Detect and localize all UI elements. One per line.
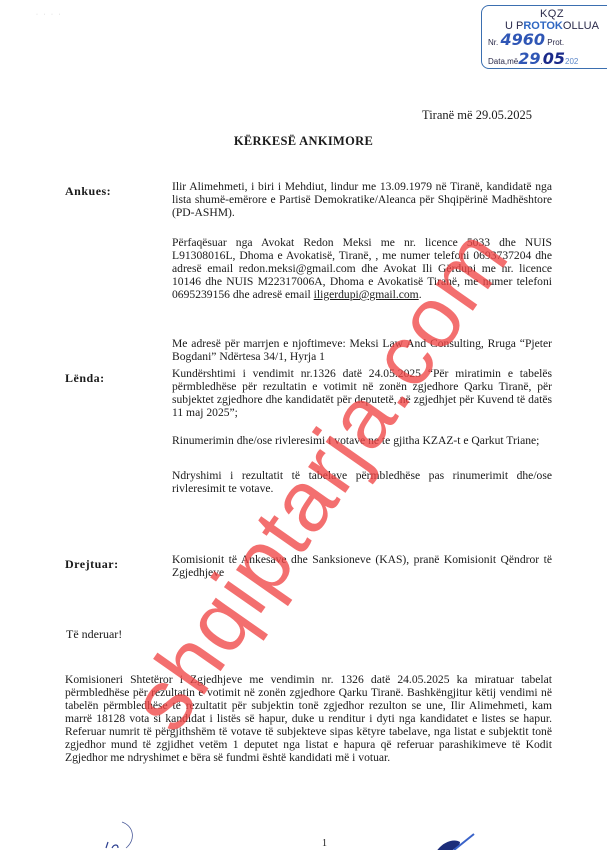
stamp-nr-label: Nr.: [488, 38, 498, 47]
stamp-prot-label: Prot.: [547, 38, 564, 47]
ankues-identity: Ilir Alimehmeti, i biri i Mehdiut, lindu…: [172, 180, 552, 219]
lenda-objection: Kundërshtimi i vendimit nr.1326 datë 24.…: [172, 367, 552, 419]
protocol-stamp: KQZ U PROTOKOLLUA Nr. 4960 Prot. Data,më…: [481, 5, 607, 69]
stamp-date-month: 05: [543, 49, 565, 68]
body-paragraph: Komisioneri Shtetëror i Zgjedhjeve me ve…: [65, 673, 552, 764]
scan-smudge: · · · ·: [36, 12, 63, 18]
ankues-representation: Përfaqësuar nga Avokat Redon Meksi me nr…: [172, 236, 552, 301]
label-drejtuar: Drejtuar:: [65, 557, 119, 572]
stamp-nr-value: 4960: [500, 30, 545, 49]
ankues-notification-address: Me adresë për marrjen e njoftimeve: Meks…: [172, 337, 552, 363]
label-ankues: Ankues:: [65, 184, 111, 199]
stamp-date-day: 29: [518, 49, 540, 68]
label-lenda: Lënda:: [65, 371, 105, 386]
lenda-recount: Rinumerimin dhe/ose rivleresimi i votave…: [172, 434, 552, 447]
stamp-date-row: Data,më29.05202: [482, 51, 607, 70]
drejtuar-recipient: Komisionit të Ankesave dhe Sanksioneve (…: [172, 553, 552, 579]
greeting: Të nderuar!: [66, 627, 122, 642]
lenda-change: Ndryshimi i rezultatit të tabelave përmb…: [172, 469, 552, 495]
email-link[interactable]: iligerdupi@gmail.com: [314, 288, 419, 301]
document-title: KËRKESË ANKIMORE: [0, 134, 607, 149]
document-page: · · · · KQZ U PROTOKOLLUA Nr. 4960 Prot.…: [0, 0, 607, 850]
place-date: Tiranë më 29.05.2025: [422, 108, 532, 123]
representation-end: .: [419, 288, 422, 301]
page-number: 1: [322, 838, 327, 849]
stamp-date-year: 202: [565, 57, 578, 66]
signature-right-icon: [430, 832, 480, 850]
signature-left-icon: [100, 820, 140, 850]
stamp-date-label: Data,më: [488, 57, 518, 66]
stamp-heading-post: OLLUA: [563, 20, 599, 32]
stamp-org: KQZ: [482, 9, 607, 20]
